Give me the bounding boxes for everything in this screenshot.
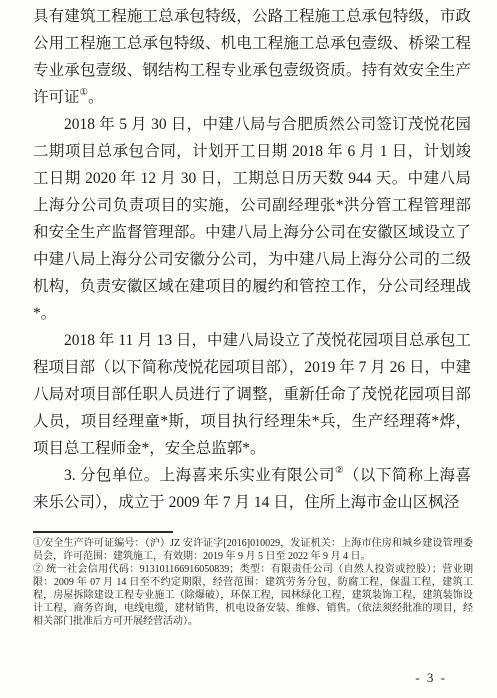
footnote-entry: ② 统一社会信用代码：913101166916050839；类型：有限责任公司（… xyxy=(33,563,473,628)
document-page: 具有建筑工程施工总承包特级，公路工程施工总承包特级，市政公用工程施工总承包特级、… xyxy=(0,0,497,698)
footnote-list: ①安全生产许可证编号：（沪）JZ 安许证字[2016]010029，发证机关：上… xyxy=(33,537,473,628)
body-paragraph: 2018 年 5 月 30 日，中建八局与合肥质然公司签订茂悦花园二期项目总承包… xyxy=(33,111,471,327)
body-text-run: 3. 分包单位。上海喜来乐实业有限公司 xyxy=(64,467,335,484)
page-number: - 3 - xyxy=(415,670,447,686)
body-paragraph: 3. 分包单位。上海喜来乐实业有限公司②（以下简称上海喜来乐公司），成立于 20… xyxy=(33,462,471,516)
footnote-reference-mark: ① xyxy=(80,88,89,98)
document-body: 具有建筑工程施工总承包特级，公路工程施工总承包特级，市政公用工程施工总承包特级、… xyxy=(33,3,471,516)
body-text-run: 。 xyxy=(88,89,104,106)
footnote-entry: ①安全生产许可证编号：（沪）JZ 安许证字[2016]010029，发证机关：上… xyxy=(33,537,473,563)
body-text-run: 2018 年 5 月 30 日，中建八局与合肥质然公司签订茂悦花园二期项目总承包… xyxy=(33,116,471,322)
body-text-run: 2018 年 11 月 13 日，中建八局设立了茂悦花园项目总承包工程项目部（以… xyxy=(33,332,471,457)
body-paragraph: 具有建筑工程施工总承包特级，公路工程施工总承包特级，市政公用工程施工总承包特级、… xyxy=(33,3,471,111)
footnote-reference-mark: ② xyxy=(335,466,344,476)
body-paragraph: 2018 年 11 月 13 日，中建八局设立了茂悦花园项目总承包工程项目部（以… xyxy=(33,327,471,462)
footnote-text: 安全生产许可证编号：（沪）JZ 安许证字[2016]010029，发证机关：上海… xyxy=(33,538,473,562)
footnote-marker: ① xyxy=(33,538,43,549)
footnote-marker: ② xyxy=(33,564,46,575)
footnote-separator-rule xyxy=(33,531,173,533)
footnote-text: 统一社会信用代码：913101166916050839；类型：有限责任公司（自然… xyxy=(33,564,473,627)
footnotes-section: ①安全生产许可证编号：（沪）JZ 安许证字[2016]010029，发证机关：上… xyxy=(33,531,473,628)
